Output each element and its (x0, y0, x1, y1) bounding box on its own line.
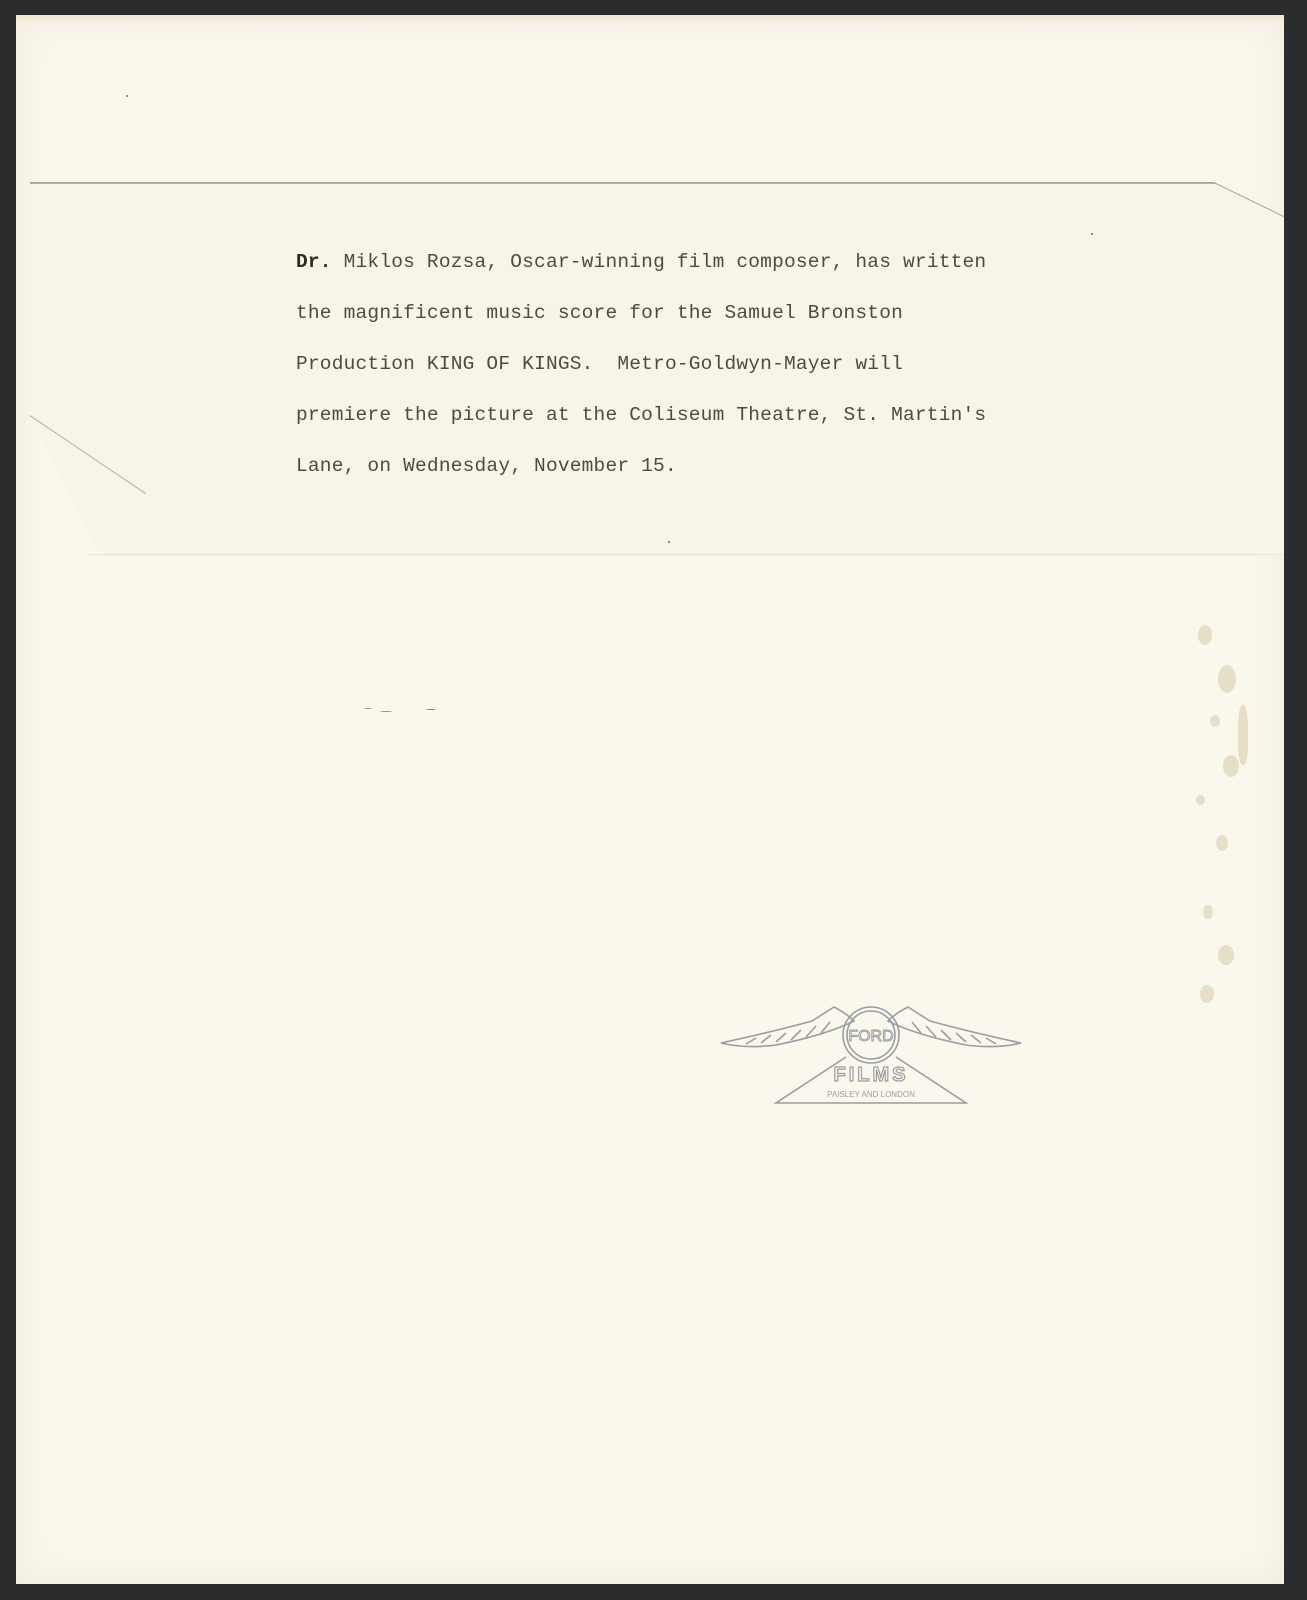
caption-line: Dr. Miklos Rozsa, Oscar-winning film com… (296, 237, 1096, 288)
caption-line: Lane, on Wednesday, November 15. (296, 441, 1096, 492)
paper-mark (380, 711, 392, 712)
snipe-top-edge (30, 182, 1214, 183)
ford-films-stamp: FORD FILMS PAISLEY AND LONDON (716, 995, 1026, 1110)
caption-line: premiere the picture at the Coliseum The… (296, 390, 1096, 441)
paper-mark (364, 708, 372, 709)
svg-text:FILMS: FILMS (834, 1064, 909, 1086)
photo-reverse-paper: Dr. Miklos Rozsa, Oscar-winning film com… (16, 15, 1284, 1584)
winged-emblem-icon: FORD FILMS PAISLEY AND LONDON (716, 995, 1026, 1110)
caption-line: the magnificent music score for the Samu… (296, 288, 1096, 339)
paper-speck (126, 95, 128, 97)
caption-text: Dr. Miklos Rozsa, Oscar-winning film com… (296, 237, 1096, 492)
svg-text:PAISLEY AND LONDON: PAISLEY AND LONDON (827, 1090, 915, 1099)
snipe-bottom-edge (86, 554, 1284, 555)
caption-line: Production KING OF KINGS. Metro-Goldwyn-… (296, 339, 1096, 390)
paper-speck (1091, 233, 1093, 235)
paper-mark (426, 709, 436, 710)
paper-speck (668, 541, 670, 543)
foxing-stains (1188, 605, 1258, 1025)
svg-text:FORD: FORD (848, 1028, 893, 1045)
